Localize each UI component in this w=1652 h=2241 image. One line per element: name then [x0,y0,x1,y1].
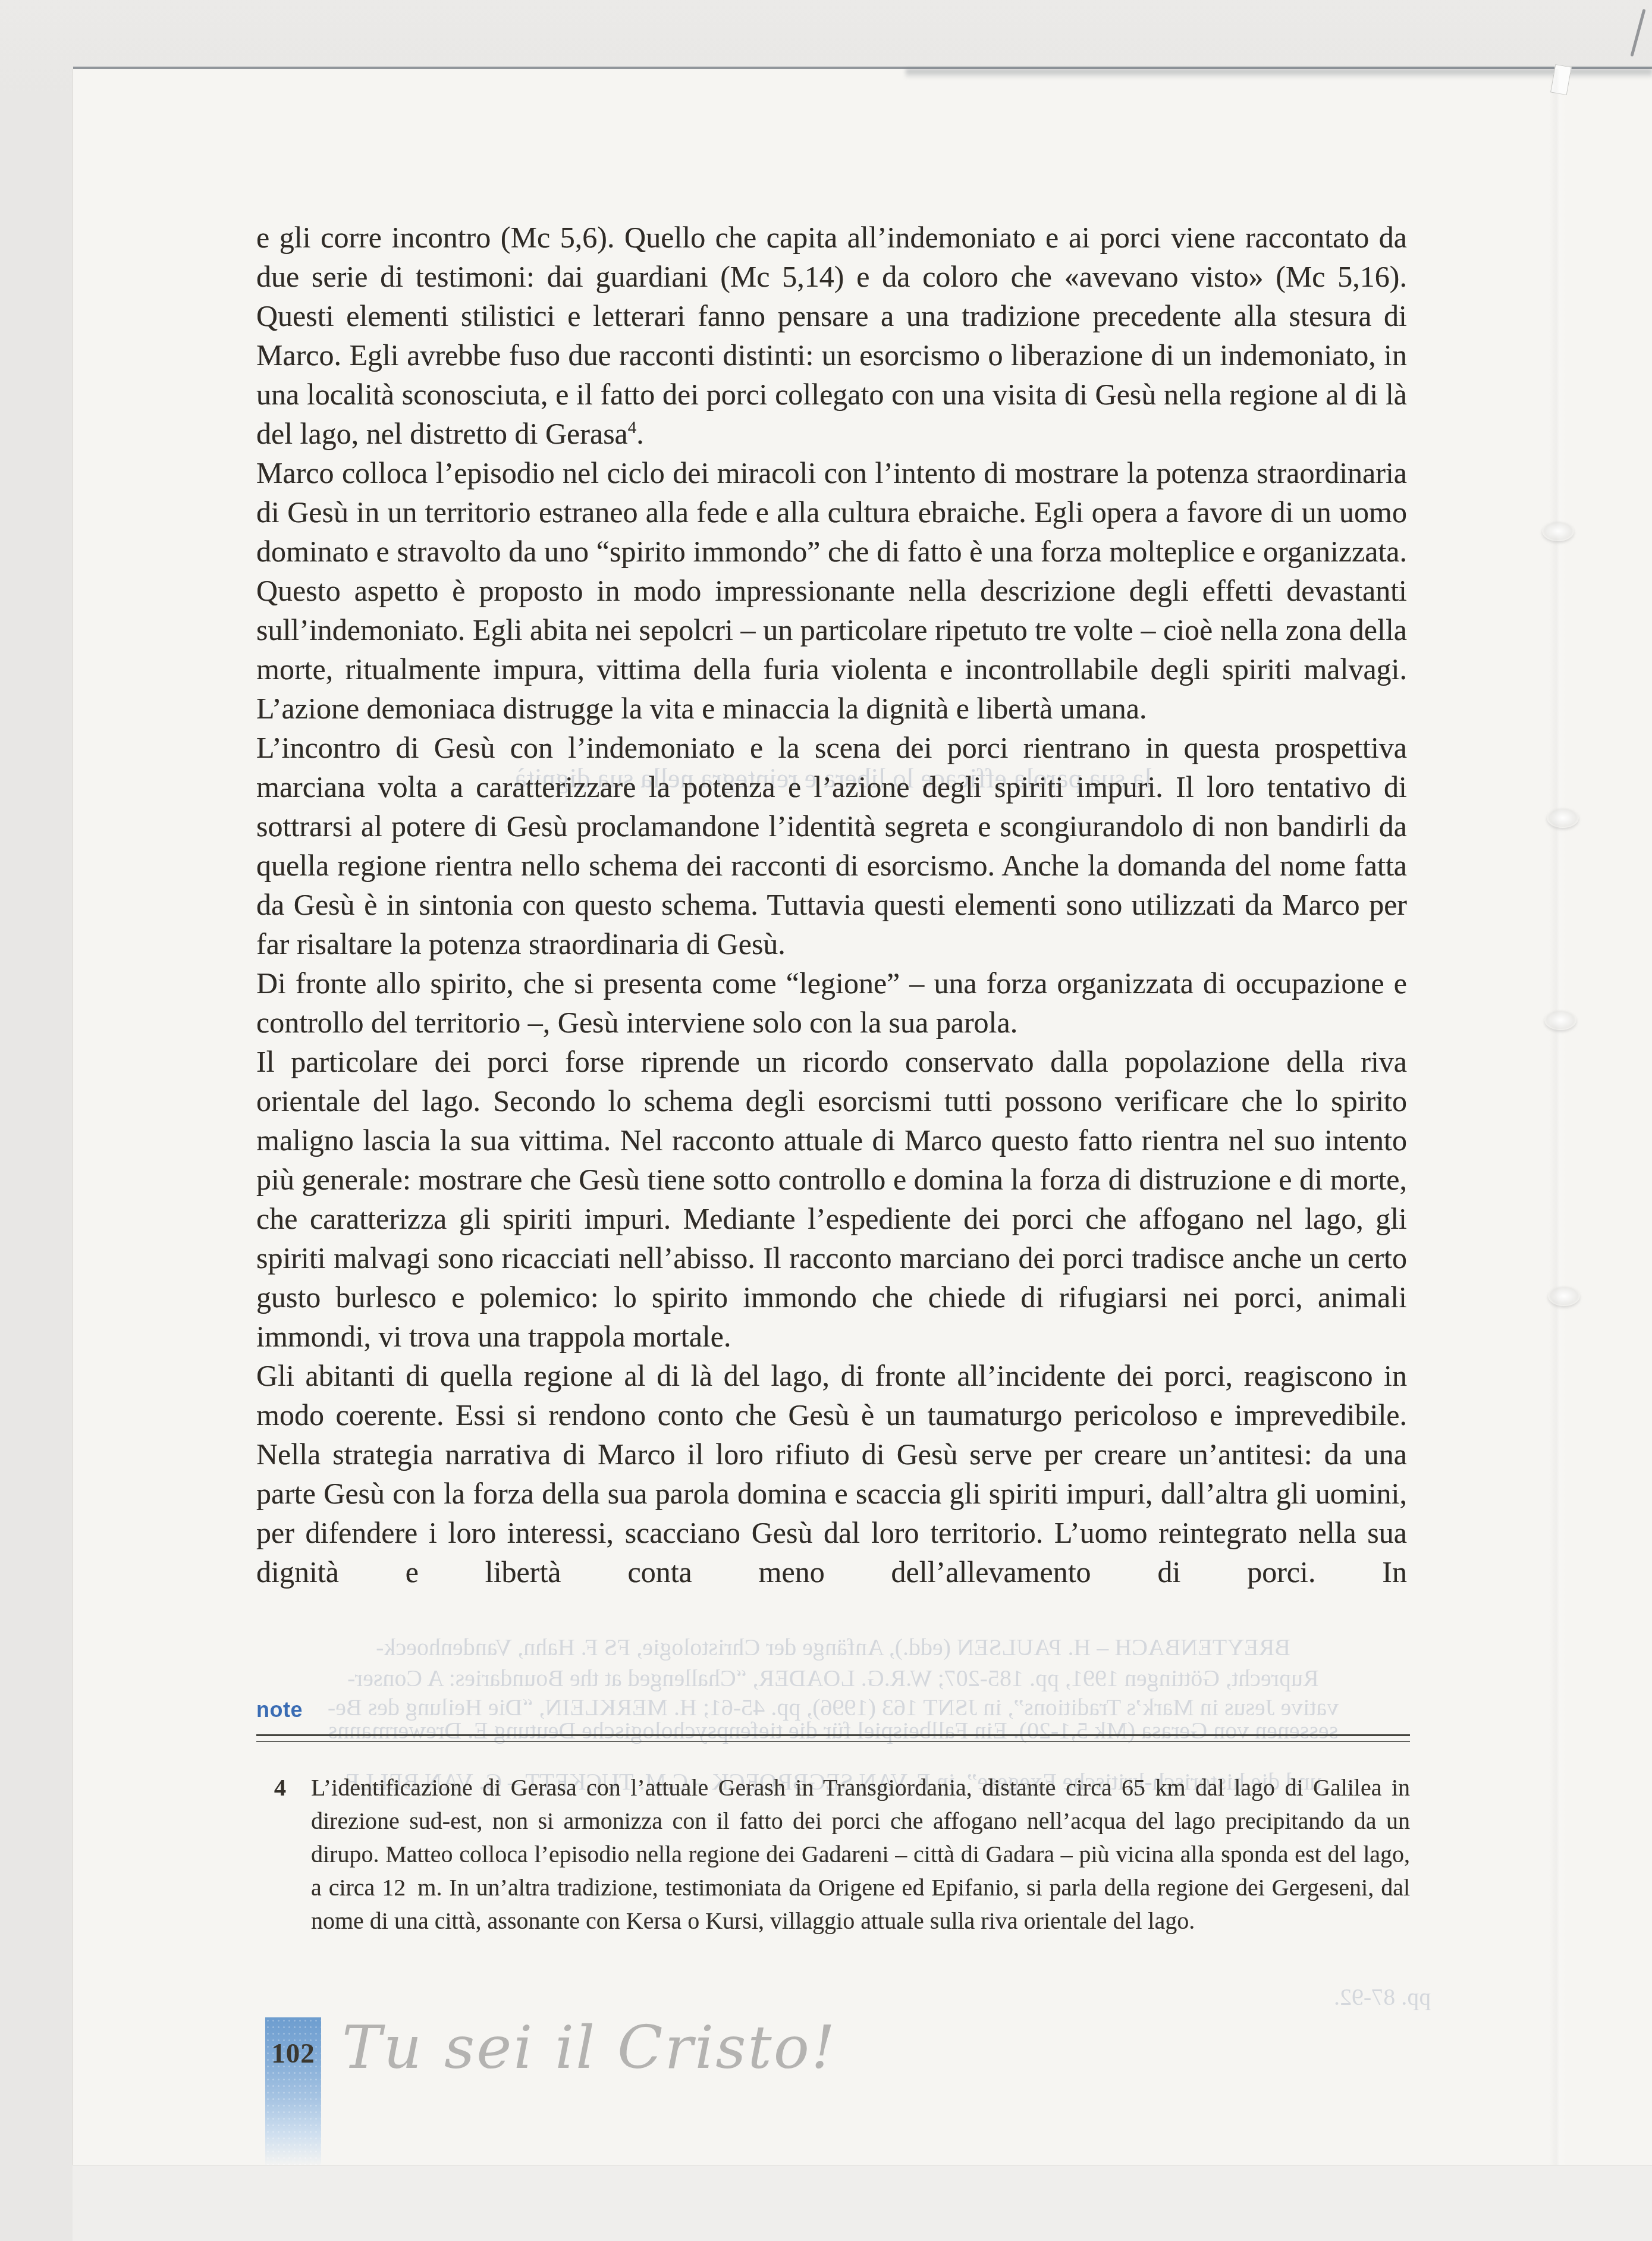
bleedthrough-text: BREYTENBACH – H. PAULSEN (edd.), Anfänge… [256,1633,1410,1661]
paragraph: Gli abitanti di quella regione al di là … [256,1356,1407,1592]
paper-crease-mark [1544,1010,1576,1030]
page-number: 102 [265,2038,321,2070]
paragraph: Il particolare dei porci forse riprende … [256,1042,1407,1356]
footnote: 4 L’identificazione di Gerasa con l’attu… [256,1771,1410,1938]
paragraph: Marco colloca l’episodio nel ciclo dei m… [256,453,1407,728]
page-number-band: 102 [265,2017,321,2167]
footnote-number: 4 [274,1771,286,1804]
book-page: la sua parola efficace lo libera e reint… [73,69,1652,2165]
pen-mark [1630,9,1645,57]
paper-crease-mark [1548,1286,1580,1306]
paragraph: e gli corre incontro (Mc 5,6). Quello ch… [256,218,1407,453]
bleedthrough-text: pp. 87-92. [1334,1983,1431,2011]
scanner-background: la sua parola efficace lo libera e reint… [0,0,1652,2241]
page-top-edge-shadow [906,69,1652,79]
bleedthrough-text: Ruprecht, Göttingen 1991, pp. 185-207; W… [256,1664,1410,1692]
paper-crease-mark [1547,808,1579,828]
body-text-block: e gli corre incontro (Mc 5,6). Quello ch… [256,218,1407,1592]
running-title: Tu sei il Cristo! [342,2013,837,2082]
paragraph: L’incontro di Gesù con l’indemoniato e l… [256,728,1407,963]
paragraph: Di fronte allo spirito, che si presenta … [256,963,1407,1042]
notes-divider-rule [256,1734,1410,1742]
footnote-reference: 4 [628,418,637,437]
paper-crease-mark [1542,521,1574,541]
scanner-background-bottom [73,2165,1652,2241]
footnote-text: L’identificazione di Gerasa con l’attual… [311,1774,1410,1934]
notes-section-label: note [256,1697,303,1722]
paragraph-text: . [636,417,644,450]
paper-fold-line [1549,69,1567,2165]
paragraph-text: e gli corre incontro (Mc 5,6). Quello ch… [256,221,1407,450]
